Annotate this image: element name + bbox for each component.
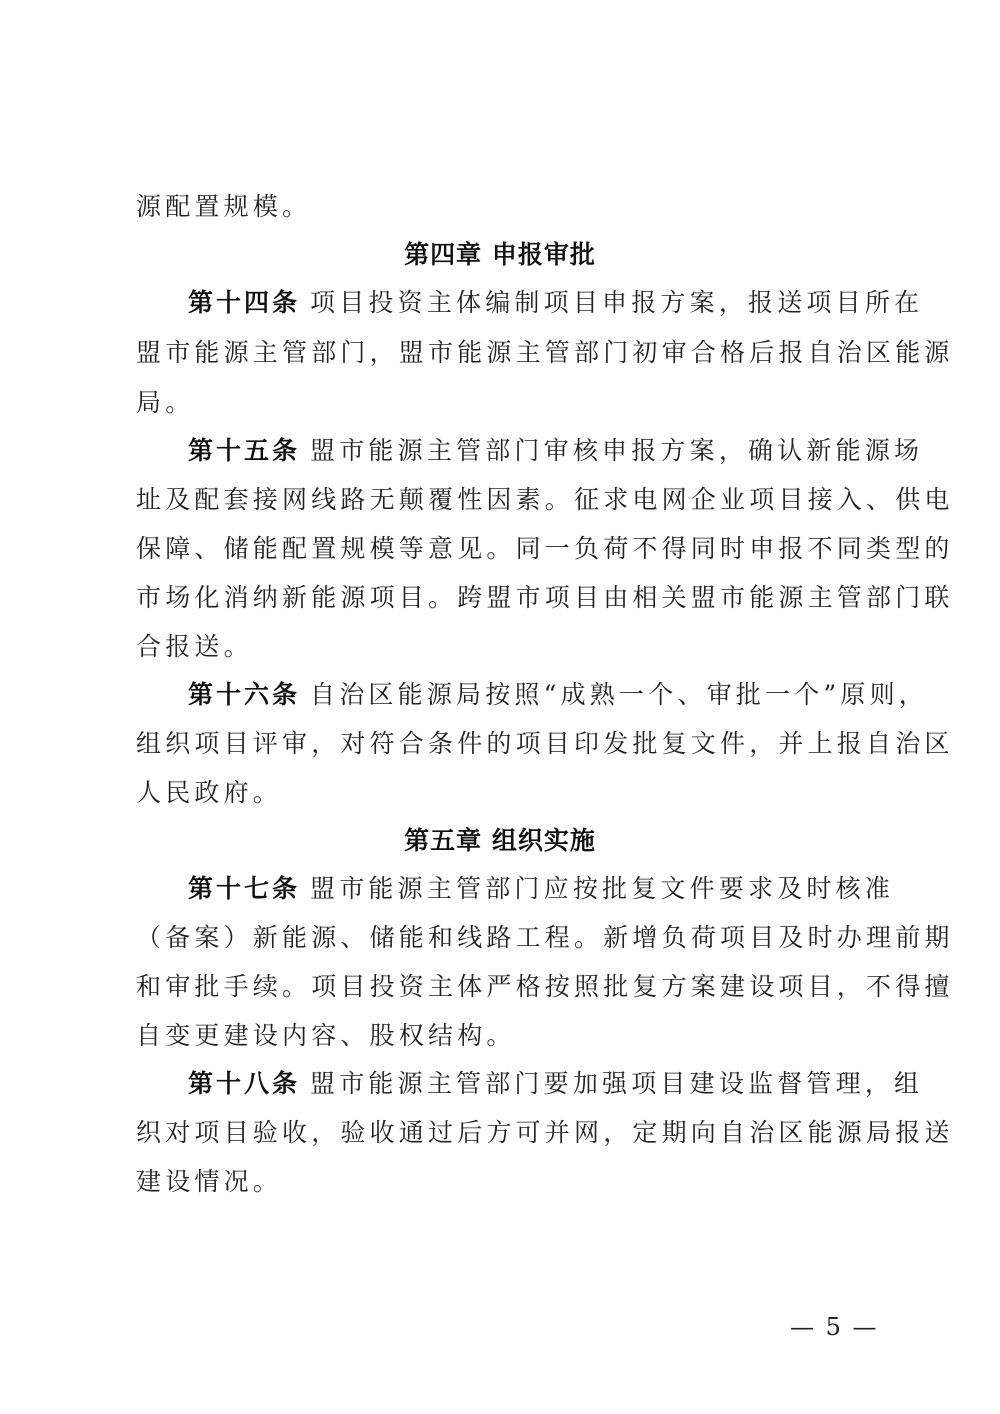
article-15-line-1: 第十五条盟市能源主管部门审核申报方案，确认新能源场: [188, 436, 876, 466]
article-14-text: 项目投资主体编制项目申报方案，报送项目所在: [310, 288, 923, 317]
article-15-line-4: 市场化消纳新能源项目。跨盟市项目由相关盟市能源主管部门联: [136, 583, 876, 613]
article-14-label: 第十四条: [188, 288, 300, 317]
article-17-text: 盟市能源主管部门应按批复文件要求及时核准: [310, 874, 894, 903]
article-14-line-2: 盟市能源主管部门，盟市能源主管部门初审合格后报自治区能源: [136, 338, 876, 368]
article-16-label: 第十六条: [188, 680, 300, 709]
article-15-label: 第十五条: [188, 436, 300, 465]
article-14-line-3: 局。: [136, 388, 876, 418]
article-17-line-3: 和审批手续。项目投资主体严格按照批复方案建设项目，不得擅: [136, 972, 876, 1002]
article-18-label: 第十八条: [188, 1069, 300, 1098]
article-16-text: 自治区能源局按照“成熟一个、审批一个”原则，: [310, 680, 928, 709]
article-18-line-1: 第十八条盟市能源主管部门要加强项目建设监督管理，组: [188, 1069, 876, 1099]
article-16-line-3: 人民政府。: [136, 778, 876, 808]
article-17-line-2: （备案）新能源、储能和线路工程。新增负荷项目及时办理前期: [136, 923, 876, 953]
article-17-line-1: 第十七条盟市能源主管部门应按批复文件要求及时核准: [188, 874, 876, 904]
article-17-label: 第十七条: [188, 874, 300, 903]
document-page: 源配置规模。 第四章 申报审批 第十四条项目投资主体编制项目申报方案，报送项目所…: [0, 0, 1000, 1414]
page-number: — 5 —: [790, 1312, 879, 1342]
article-18-line-3: 建设情况。: [136, 1167, 876, 1197]
article-15-line-5: 合报送。: [136, 632, 876, 662]
article-15-line-2: 址及配套接网线路无颠覆性因素。征求电网企业项目接入、供电: [136, 485, 876, 515]
article-14-line-1: 第十四条项目投资主体编制项目申报方案，报送项目所在: [188, 288, 876, 318]
chapter-5-title: 第五章 组织实施: [0, 826, 1000, 856]
article-15-line-3: 保障、储能配置规模等意见。同一负荷不得同时申报不同类型的: [136, 534, 876, 564]
article-16-line-1: 第十六条自治区能源局按照“成熟一个、审批一个”原则，: [188, 680, 876, 710]
article-17-line-4: 自变更建设内容、股权结构。: [136, 1021, 876, 1051]
article-18-line-2: 织对项目验收，验收通过后方可并网，定期向自治区能源局报送: [136, 1118, 876, 1148]
chapter-4-title: 第四章 申报审批: [0, 240, 1000, 270]
article-15-text: 盟市能源主管部门审核申报方案，确认新能源场: [310, 436, 923, 465]
article-18-text: 盟市能源主管部门要加强项目建设监督管理，组: [310, 1069, 923, 1098]
continuation-text: 源配置规模。: [136, 192, 876, 222]
article-16-line-2: 组织项目评审，对符合条件的项目印发批复文件，并上报自治区: [136, 729, 876, 759]
